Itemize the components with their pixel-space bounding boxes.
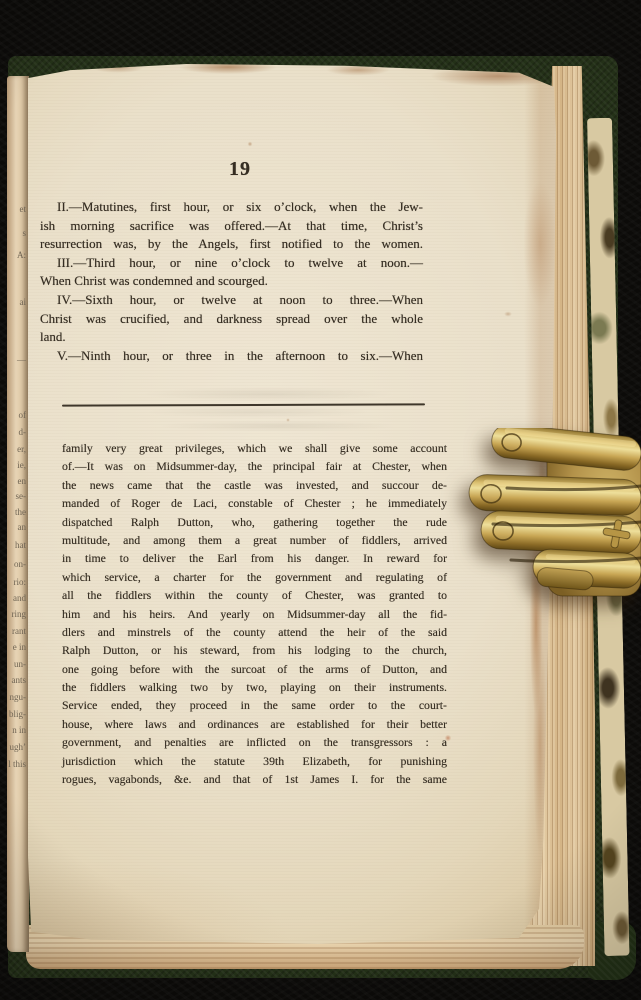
- footnote-divider: [62, 403, 425, 407]
- facing-page-text-fragment: en: [18, 476, 27, 486]
- body-text-line: ish morning sacrifice was offered.—At th…: [40, 217, 423, 236]
- footnote-text-line: family very great privileges, which we s…: [62, 439, 447, 457]
- facing-page-text-fragment: rant: [12, 626, 26, 636]
- body-text-line: When Christ was condemned and scourged.: [40, 272, 423, 291]
- body-text-line: V.—Ninth hour, or three in the afternoon…: [40, 347, 423, 366]
- footnote-text-line: which service, a charter for the governm…: [62, 568, 447, 586]
- middle-finger: [468, 474, 641, 516]
- footnote-text-line: of.—It was on Midsummer-day, the princip…: [62, 457, 447, 475]
- body-text-line: Christ was crucified, and darkness sprea…: [40, 310, 423, 329]
- footnote-text-line: one going before with the surcoat of the…: [62, 660, 447, 678]
- footnote-text-line: rogues, vagabonds, &e. and that of 1st J…: [62, 770, 447, 788]
- footnote-text-line: dlers and minstrels of the county attend…: [62, 623, 447, 641]
- facing-page-text-fragment: and: [13, 593, 26, 603]
- facing-page-text-fragment: d-: [19, 427, 27, 437]
- facing-page-text-fragment: se-: [16, 491, 27, 501]
- body-text-line: II.—Matutines, first hour, or six o’cloc…: [40, 198, 423, 217]
- body-text: II.—Matutines, first hour, or six o’cloc…: [40, 198, 423, 365]
- facing-page-text-fragment: ai: [20, 297, 27, 307]
- footnote-text-line: him and his heirs. And yearly on Midsumm…: [62, 605, 447, 623]
- footnote-text-line: house, where laws and ordinances are est…: [62, 715, 447, 733]
- facing-page-text-fragment: n in: [12, 725, 26, 735]
- facing-page-text-fragment: of: [19, 410, 27, 420]
- facing-page-text-fragment: on-: [14, 559, 26, 569]
- page-number: 19: [40, 158, 440, 181]
- facing-page-text-fragment: ie,: [17, 460, 26, 470]
- photo-background: etsA:ai—ofd-er,ie,ense-theanhaton-rio:an…: [0, 0, 641, 1000]
- facing-page-text-fragment: an: [18, 522, 27, 532]
- footnote-text-line: dispatched Ralph Dutton, who, gathering …: [62, 513, 447, 531]
- brass-hand-page-holder: [463, 428, 641, 663]
- facing-page-text-fragment: s: [22, 228, 26, 238]
- footnote-text-line: in time to deliver the Earl from his dan…: [62, 549, 447, 567]
- footnote-text-line: government, and penalties are inflicted …: [62, 733, 447, 751]
- facing-page-text-fragment: A:: [17, 250, 26, 260]
- body-text-line: IV.—Sixth hour, or twelve at noon to thr…: [40, 291, 423, 310]
- footnote-text-line: the fiddlers walking two by two, playing…: [62, 678, 447, 696]
- footnote-text-line: the news came that the castle was invest…: [62, 476, 447, 494]
- facing-page-text-fragment: blig-: [9, 709, 26, 719]
- facing-page-text-fragment: et: [20, 204, 27, 214]
- footnote-text-line: multitude, and among them a great number…: [62, 531, 447, 549]
- facing-page-text-fragment: ring: [12, 609, 27, 619]
- body-text-line: resurrection was, by the Angels, first n…: [40, 235, 423, 254]
- facing-page-text-fragment: ants: [12, 675, 27, 685]
- footnote-text-line: Service ended, they proceed in the same …: [62, 696, 447, 714]
- footnote-text-line: all the fiddlers within the county of Ch…: [62, 586, 447, 604]
- facing-page-text-fragment: ugh’: [10, 742, 27, 752]
- footnote-text-line: Ralph Dutton, or his steward, from his l…: [62, 641, 447, 659]
- footnote-text-line: jurisdiction which the statute 39th Eliz…: [62, 752, 447, 770]
- facing-page-text-fragment: —: [17, 355, 26, 365]
- footnote-text: family very great privileges, which we s…: [62, 439, 447, 788]
- body-text-line: land.: [40, 328, 423, 347]
- facing-page-text-fragment: ngu-: [10, 692, 27, 702]
- facing-page-text-fragment: hat: [15, 540, 26, 550]
- facing-page-sliver: etsA:ai—ofd-er,ie,ense-theanhaton-rio:an…: [7, 76, 29, 952]
- footnote-text-line: manded of Roger de Laci, constable of Ch…: [62, 494, 447, 512]
- facing-page-text-fragment: the: [15, 507, 26, 517]
- fingernail: [481, 484, 502, 503]
- facing-page-text-fragment: rio:: [14, 577, 27, 587]
- facing-page-text-fragment: er,: [17, 444, 26, 454]
- facing-page-text-fragment: un-: [14, 659, 26, 669]
- body-text-line: III.—Third hour, or nine o’clock to twel…: [40, 254, 423, 273]
- facing-page-text-fragment: e in: [13, 642, 26, 652]
- facing-page-text-fragment: l this: [8, 759, 26, 769]
